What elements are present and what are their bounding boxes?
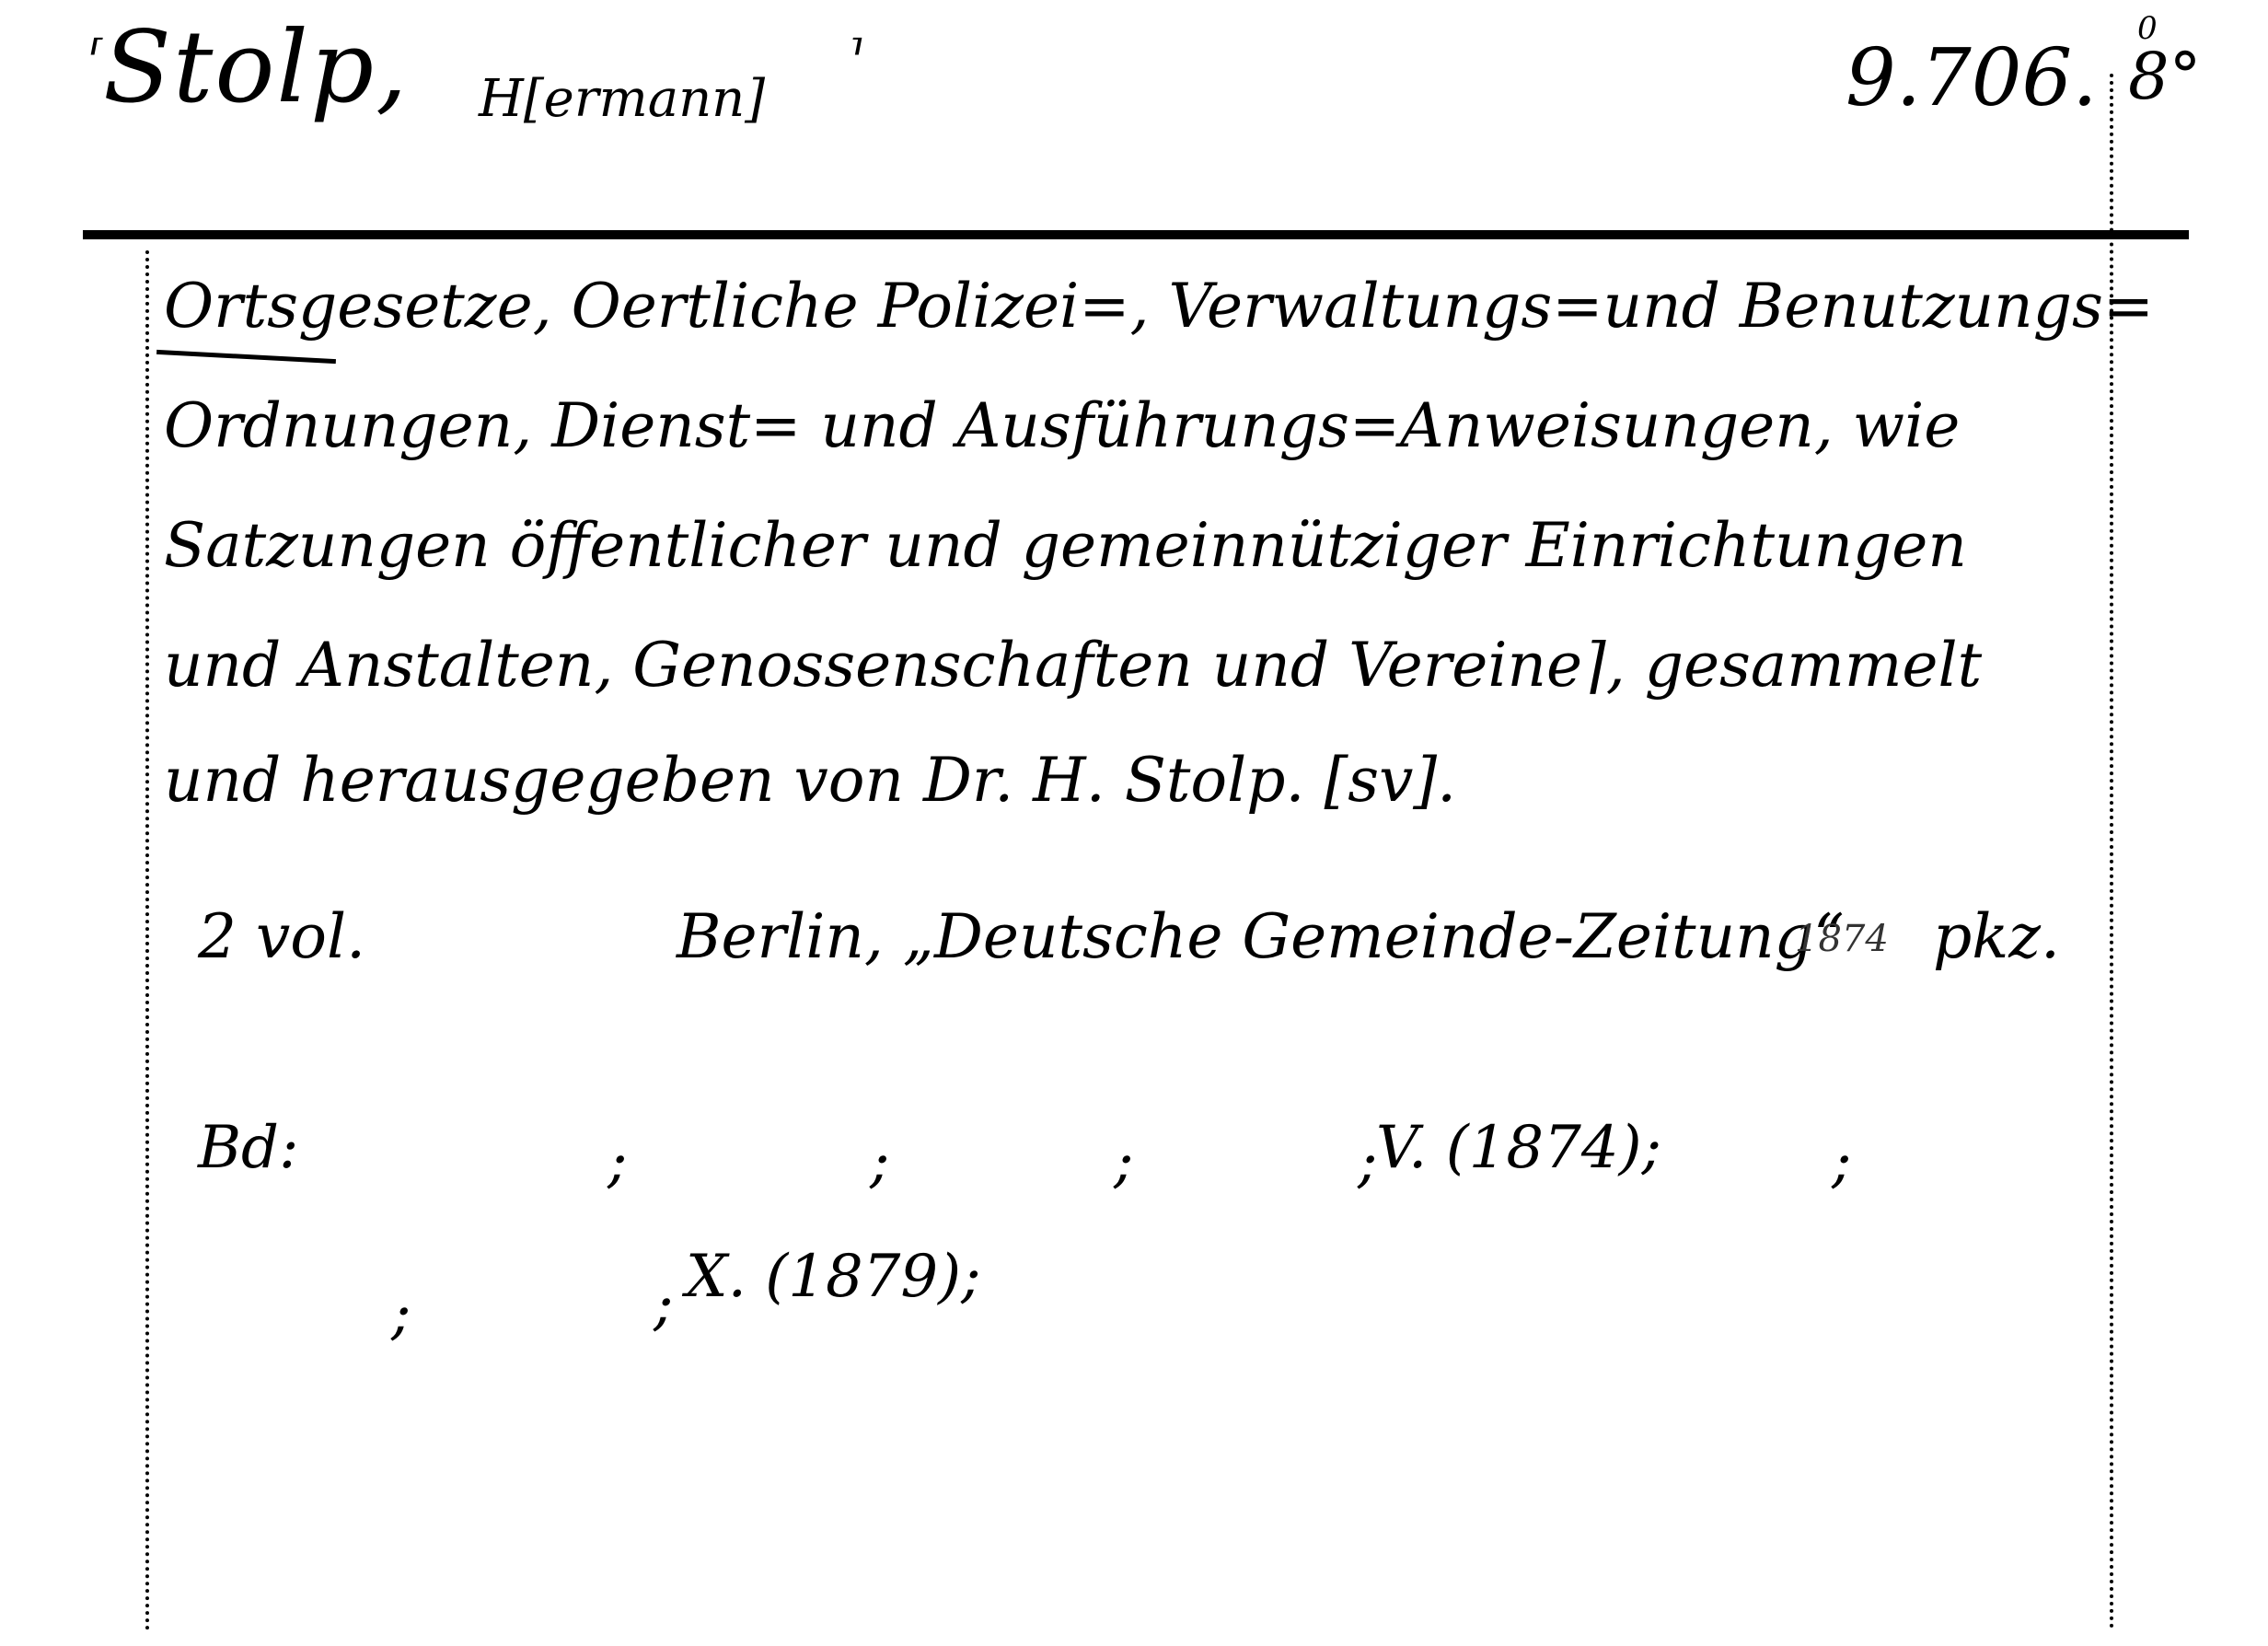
holdings-separator: ; bbox=[391, 1284, 411, 1343]
format-size: 8° bbox=[2128, 44, 2202, 109]
holdings-separator: ; bbox=[870, 1132, 890, 1191]
title-underline bbox=[156, 350, 336, 364]
left-margin-line bbox=[145, 250, 149, 1631]
author-surname-text: Stolp bbox=[103, 10, 376, 125]
holdings-separator: ; bbox=[654, 1275, 674, 1334]
close-bracket-mark: ⸣ bbox=[847, 35, 862, 74]
open-bracket-mark: ⸢ bbox=[87, 35, 102, 74]
title-line-4: und Anstalten, Genossenschaften und Vere… bbox=[164, 635, 1982, 696]
imprint-year: 1874 bbox=[1795, 921, 1889, 957]
imprint-mark: pkz. bbox=[1933, 907, 2060, 968]
volume-count: 2 vol. bbox=[198, 907, 365, 968]
author-surname: Stolp, bbox=[103, 18, 409, 118]
catalog-card: ⸢ Stolp, H[ermann] ⸣ 9.706. 0 8° Ortsges… bbox=[0, 0, 2268, 1646]
holdings-separator: ; bbox=[1832, 1132, 1852, 1191]
header-rule bbox=[83, 230, 2189, 239]
author-separator: , bbox=[376, 10, 409, 125]
holdings-volume-10: X. (1879); bbox=[686, 1247, 981, 1306]
holdings-volume-5: V. (1874); bbox=[1376, 1119, 1661, 1177]
holdings-separator: ; bbox=[1114, 1132, 1134, 1191]
holdings-separator: ; bbox=[607, 1132, 628, 1191]
author-given-name: H[ermann] bbox=[479, 74, 765, 125]
holdings-separator: ; bbox=[1358, 1132, 1378, 1191]
call-number: 9.706. bbox=[1846, 39, 2098, 118]
title-line-3: Satzungen öffentlicher und gemeinnützige… bbox=[164, 516, 1967, 576]
title-line-1: Ortsgesetze, Oertliche Polizei=, Verwalt… bbox=[164, 276, 2154, 337]
holdings-label: Bd: bbox=[198, 1119, 299, 1177]
title-line-5: und herausgegeben von Dr. H. Stolp. [sv]… bbox=[164, 750, 1456, 811]
title-line-2: Ordnungen, Dienst= und Ausführungs=Anwei… bbox=[164, 396, 1960, 457]
imprint-place-publisher: Berlin, „Deutsche Gemeinde-Zeitung“ bbox=[677, 907, 1845, 968]
